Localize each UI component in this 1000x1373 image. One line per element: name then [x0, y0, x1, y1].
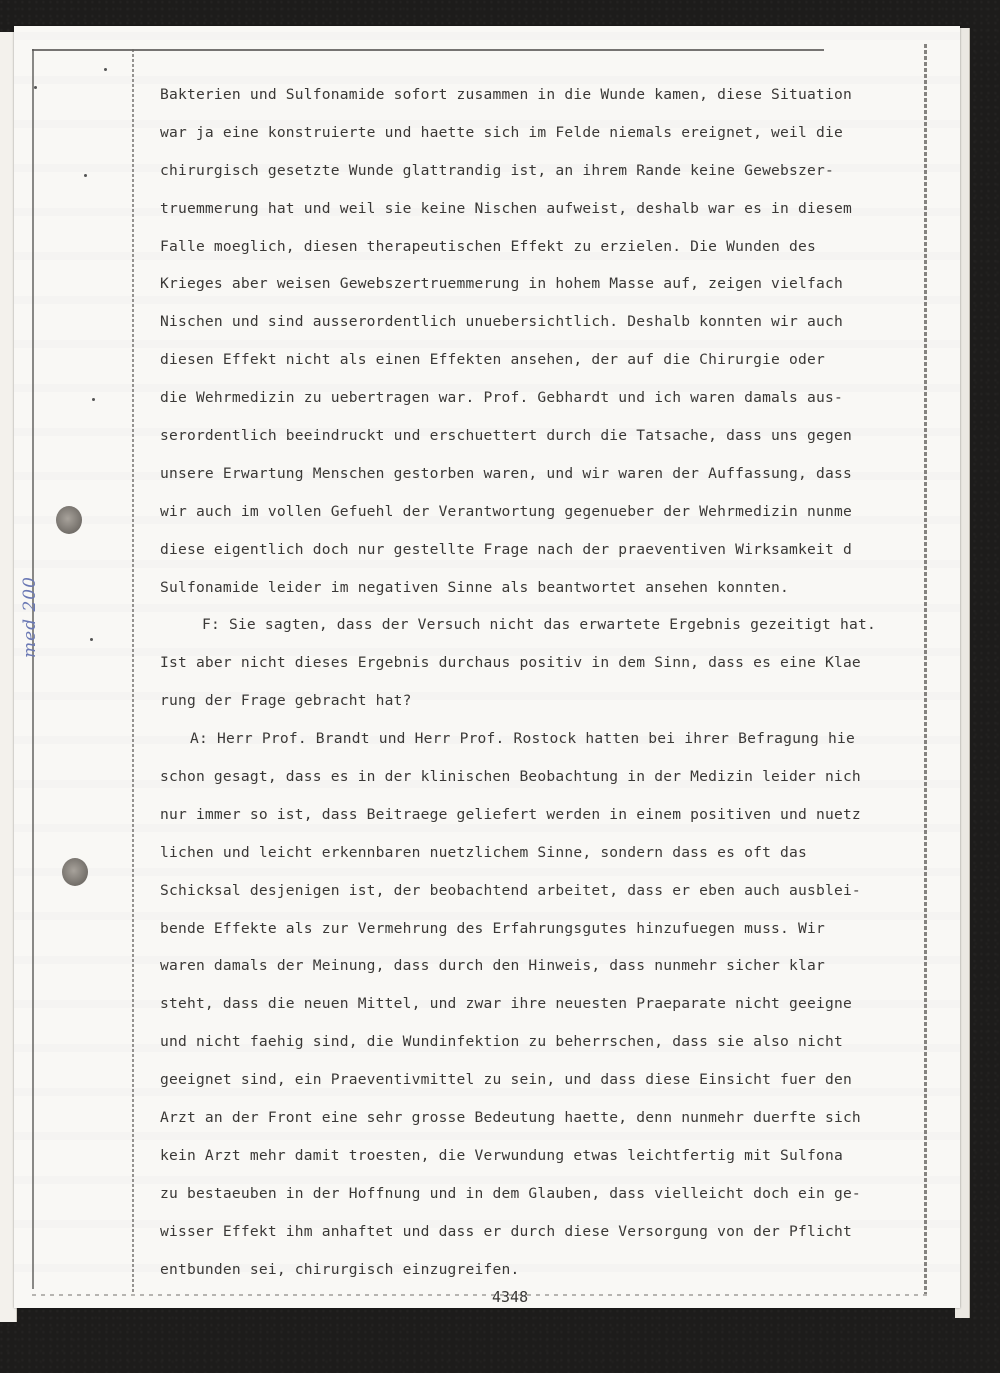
text-line: diese eigentlich doch nur gestellte Frag… [160, 531, 920, 569]
text-line: truemmerung hat und weil sie keine Nisch… [160, 190, 920, 228]
frame-right-rule [924, 44, 927, 1294]
text-line: geeignet sind, ein Praeventivmittel zu s… [160, 1061, 920, 1099]
question-line: F: Sie sagten, dass der Versuch nicht da… [160, 606, 920, 644]
speck [92, 398, 95, 401]
text-line: Falle moeglich, diesen therapeutischen E… [160, 228, 920, 266]
text-line: die Wehrmedizin zu uebertragen war. Prof… [160, 379, 920, 417]
text-line: bende Effekte als zur Vermehrung des Erf… [160, 910, 920, 948]
answer-line: A: Herr Prof. Brandt und Herr Prof. Rost… [160, 720, 920, 758]
text-line: Nischen und sind ausserordentlich unuebe… [160, 303, 920, 341]
speck [90, 638, 93, 641]
text-line: kein Arzt mehr damit troesten, die Verwu… [160, 1137, 920, 1175]
margin-note: med 200 [20, 576, 40, 658]
body-text: Bakterien und Sulfonamide sofort zusamme… [160, 76, 920, 1289]
text-line: diesen Effekt nicht als einen Effekten a… [160, 341, 920, 379]
punch-hole-icon [62, 858, 88, 886]
text-line: Bakterien und Sulfonamide sofort zusamme… [160, 76, 920, 114]
text-line: waren damals der Meinung, dass durch den… [160, 947, 920, 985]
text-line: wisser Effekt ihm anhaftet und dass er d… [160, 1213, 920, 1251]
page-number: 4348 [492, 1288, 528, 1306]
punch-hole-icon [56, 506, 82, 534]
text-line: Arzt an der Front eine sehr grosse Bedeu… [160, 1099, 920, 1137]
frame-top-rule [32, 49, 824, 51]
text-line: nur immer so ist, dass Beitraege geliefe… [160, 796, 920, 834]
text-line: chirurgisch gesetzte Wunde glattrandig i… [160, 152, 920, 190]
text-line: wir auch im vollen Gefuehl der Verantwor… [160, 493, 920, 531]
frame-left-rule [32, 49, 34, 1289]
text-line: entbunden sei, chirurgisch einzugreifen. [160, 1251, 920, 1289]
text-line: rung der Frage gebracht hat? [160, 682, 920, 720]
text-line: Schicksal desjenigen ist, der beobachten… [160, 872, 920, 910]
text-line: steht, dass die neuen Mittel, und zwar i… [160, 985, 920, 1023]
text-line: serordentlich beeindruckt und erschuette… [160, 417, 920, 455]
text-line: schon gesagt, dass es in der klinischen … [160, 758, 920, 796]
margin-rule [132, 49, 134, 1294]
text-line: Krieges aber weisen Gewebszertruemmerung… [160, 265, 920, 303]
text-line: und nicht faehig sind, die Wundinfektion… [160, 1023, 920, 1061]
document-page: med 200 Bakterien und Sulfonamide sofort… [14, 26, 960, 1308]
speck [34, 86, 37, 89]
speck [104, 68, 107, 71]
text-line: zu bestaeuben in der Hoffnung und in dem… [160, 1175, 920, 1213]
frame-bottom-rule [32, 1294, 932, 1296]
text-line: Ist aber nicht dieses Ergebnis durchaus … [160, 644, 920, 682]
text-line: Sulfonamide leider im negativen Sinne al… [160, 569, 920, 607]
speck [84, 174, 87, 177]
text-line: unsere Erwartung Menschen gestorben ware… [160, 455, 920, 493]
text-line: war ja eine konstruierte und haette sich… [160, 114, 920, 152]
text-line: lichen und leicht erkennbaren nuetzliche… [160, 834, 920, 872]
